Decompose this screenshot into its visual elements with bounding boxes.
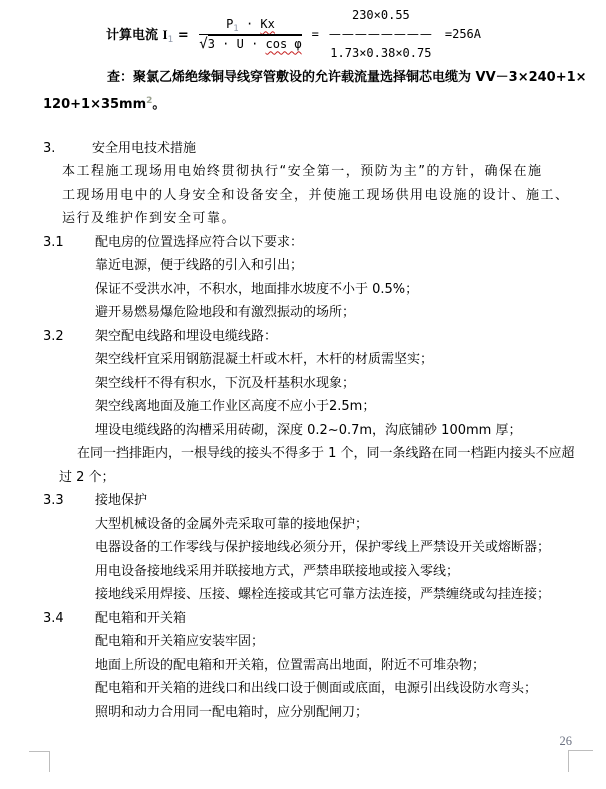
doc-line: 接地线采用焊接、压接、螺栓连接或其它可靠方法连接，严禁缠绕或勾挂连接； — [43, 583, 568, 607]
doc-line: 避开易燃易爆危险地段和有激烈振动的场所； — [43, 301, 568, 325]
numeric-denominator: 1.73×0.38×0.75 — [330, 44, 431, 63]
heading-3-2: 3.2架空配电线路和埋设电缆线路： — [43, 325, 568, 349]
dot-operator: · — [239, 17, 261, 31]
document-page: 计算电流 I1 = P1 · Kx √3 · U · cos φ = 230×0… — [0, 0, 606, 789]
heading-3: 3.安全用电技术措施 — [43, 137, 568, 161]
margin-corner-mark-bottom-left — [29, 751, 50, 772]
doc-line: 地面上所设的配电箱和开关箱，位置需高出地面，附近不可堆杂物； — [43, 654, 568, 678]
doc-line: 在同一挡排距内，一根导线的接头不得多于 1 个，同一条线路在同一档距内接头不应超 — [43, 442, 568, 466]
spellcheck-wavy-cosphi: cos φ — [266, 37, 302, 51]
fraction-numerator: P1 · Kx — [226, 15, 275, 34]
heading-number: 3.1 — [43, 231, 95, 255]
fraction-denominator: √3 · U · cos φ — [199, 35, 301, 54]
heading-number: 3.2 — [43, 325, 95, 349]
heading-title: 配电房的位置选择应符合以下要求： — [95, 231, 303, 255]
formula-label: 计算电流 I1 = — [106, 24, 193, 45]
doc-line: 照明和动力合用同一配电箱时，应分别配闸刀； — [43, 701, 568, 725]
doc-line: 架空线杆不得有积水，下沉及杆基积水现象； — [43, 372, 568, 396]
period: 。 — [152, 97, 165, 112]
formula-label-text: 计算电流 — [106, 28, 163, 43]
blank-line — [43, 113, 568, 137]
heading-title: 配电箱和开关箱 — [95, 607, 186, 631]
doc-line: 配电箱和开关箱应安装牢固； — [43, 630, 568, 654]
numeric-numerator: 230×0.55 — [352, 6, 410, 25]
radical-sign: √ — [199, 36, 207, 52]
doc-line: 靠近电源，便于线路的引入和引出； — [43, 254, 568, 278]
intro-paragraph-line: 本工程施工现场用电始终贯彻执行“安全第一，预防为主”的方针，确保在施 — [43, 160, 568, 184]
heading-title: 接地保护 — [95, 489, 147, 513]
formula-result: =256A — [445, 27, 481, 41]
heading-number: 3.4 — [43, 607, 95, 631]
cable-selection-line-2: 120+1×35mm2。 — [43, 90, 568, 114]
page-number: 26 — [560, 734, 573, 749]
intro-paragraph-line: 工现场用电中的人身安全和设备安全，并使施工现场供用电设施的设计、施工、 — [43, 184, 568, 208]
symbolic-fraction: P1 · Kx √3 · U · cos φ — [199, 15, 301, 54]
dash-fraction-bar: ———————— — [329, 25, 433, 44]
denominator-body: 3 · U · — [208, 37, 266, 51]
heading-number: 3.3 — [43, 489, 95, 513]
equals-sign: = — [312, 27, 319, 41]
spellcheck-wavy-kx: Kx — [260, 17, 274, 31]
doc-line: 大型机械设备的金属外壳采取可靠的接地保护； — [43, 513, 568, 537]
equals-sign: = — [173, 28, 193, 43]
doc-line: 埋设电缆线路的沟槽采用砖砌，深度 0.2~0.7m，沟底铺砂 100mm 厚； — [43, 419, 568, 443]
heading-title: 架空配电线路和埋设电缆线路： — [95, 325, 277, 349]
margin-corner-mark-bottom-right — [568, 750, 593, 772]
heading-3-3: 3.3接地保护 — [43, 489, 568, 513]
cable-spec-text: 120+1×35mm — [43, 97, 146, 112]
heading-number: 3. — [43, 137, 92, 161]
numeric-fraction: 230×0.55 ———————— 1.73×0.38×0.75 — [329, 6, 433, 63]
intro-paragraph-line: 运行及维护作到安全可靠。 — [43, 207, 568, 231]
doc-line: 架空线离地面及施工作业区高度不应小于2.5m； — [43, 395, 568, 419]
radical-vinculum: 3 · U · cos φ — [208, 35, 302, 51]
document-content: 计算电流 I1 = P1 · Kx √3 · U · cos φ = 230×0… — [43, 2, 568, 724]
current-calculation-formula: 计算电流 I1 = P1 · Kx √3 · U · cos φ = 230×0… — [106, 2, 568, 66]
heading-3-4: 3.4配电箱和开关箱 — [43, 607, 568, 631]
doc-line: 架空线杆宜采用钢筋混凝土杆或木杆，木杆的材质需坚实； — [43, 348, 568, 372]
heading-3-1: 3.1配电房的位置选择应符合以下要求： — [43, 231, 568, 255]
doc-line: 保证不受洪水冲，不积水，地面排水坡度不小于 0.5%； — [43, 278, 568, 302]
doc-line: 配电箱和开关箱的进线口和出线口设于侧面或底面，电源引出线设防水弯头； — [43, 677, 568, 701]
doc-line: 用电设备接地线采用并联接地方式，严禁串联接地或接入零线； — [43, 560, 568, 584]
heading-title: 安全用电技术措施 — [92, 137, 196, 161]
cable-selection-line-1: 查：聚氯乙烯绝缘铜导线穿管敷设的允许载流量选择铜芯电缆为 VV－3×240+1× — [43, 66, 568, 90]
doc-line: 电器设备的工作零线与保护接地线必须分开，保护零线上严禁设开关或熔断器； — [43, 536, 568, 560]
doc-line: 过 2 个； — [43, 466, 568, 490]
